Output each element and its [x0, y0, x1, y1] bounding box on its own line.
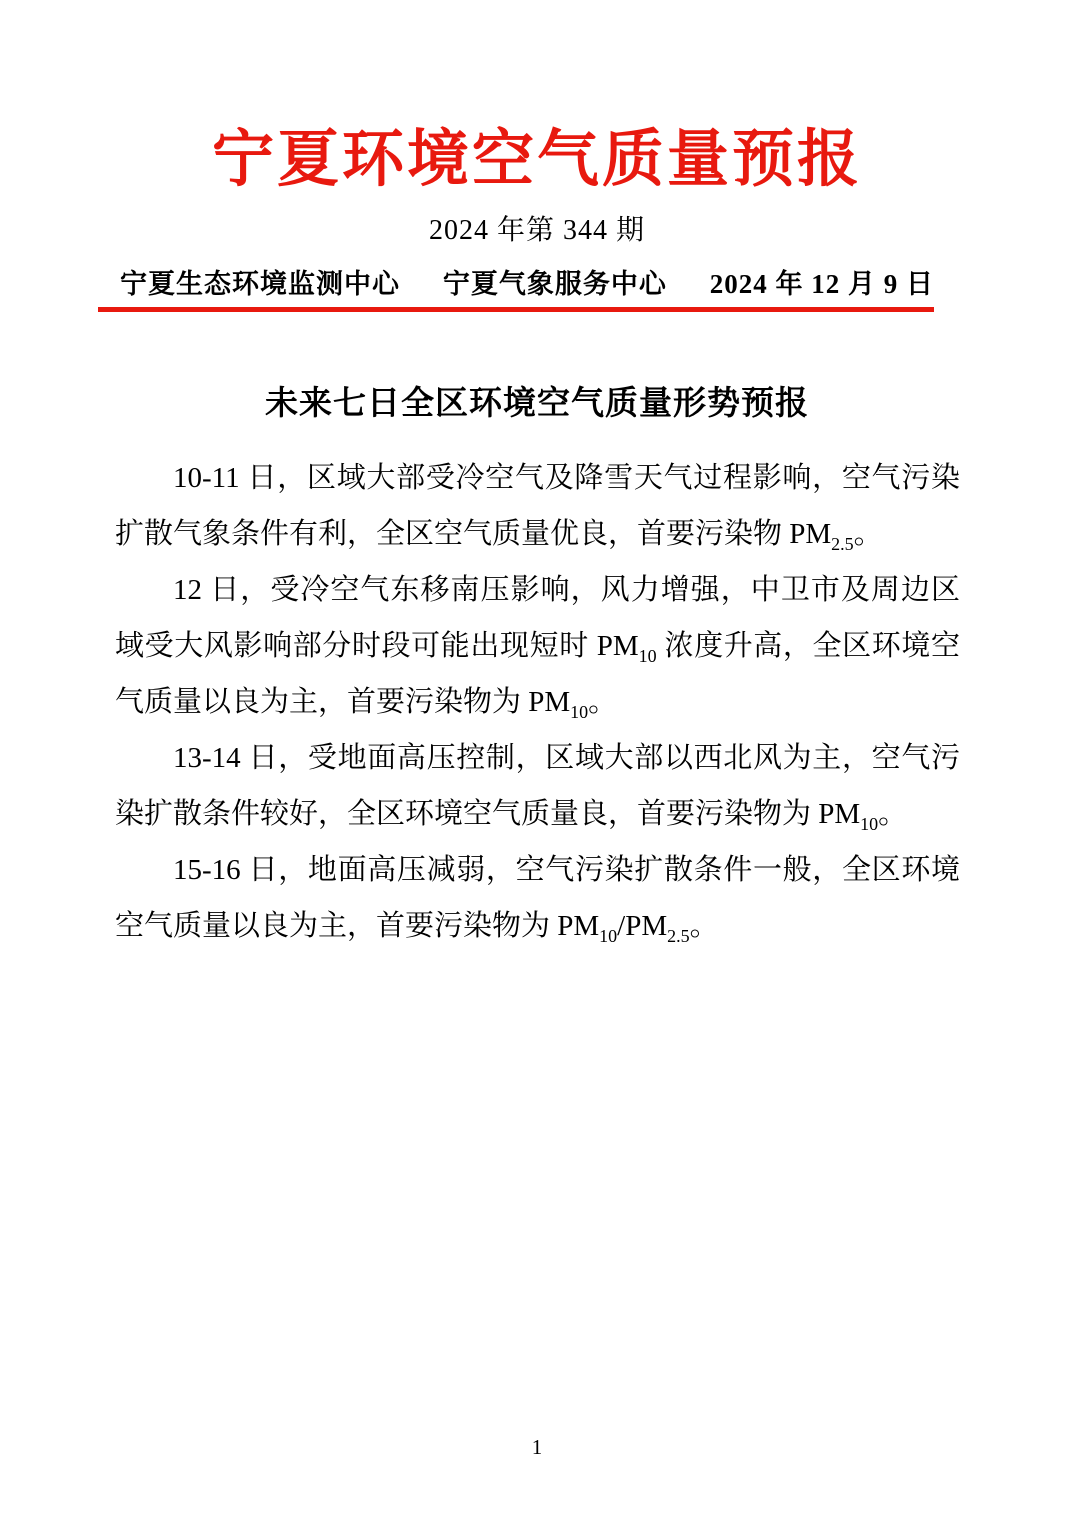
forecast-body: 10-11 日，区域大部受冷空气及降雪天气过程影响，空气污染扩散气象条件有利，全… [115, 450, 960, 954]
org-monitoring-center: 宁夏生态环境监测中心 [120, 269, 400, 300]
document-title: 宁夏环境空气质量预报 [0, 126, 1074, 194]
paragraph-day-12: 12 日，受冷空气东移南压影响，风力增强，中卫市及周边区域受大风影响部分时段可能… [115, 562, 960, 730]
masthead: 宁夏生态环境监测中心 宁夏气象服务中心 2024 年 12 月 9 日 [98, 269, 934, 300]
red-divider-rule [98, 307, 934, 312]
page-number: 1 [0, 1437, 1074, 1458]
section-title: 未来七日全区环境空气质量形势预报 [0, 386, 1074, 422]
paragraph-day-15-16: 15-16 日，地面高压减弱，空气污染扩散条件一般，全区环境空气质量以良为主，首… [115, 842, 960, 954]
paragraph-day-10-11: 10-11 日，区域大部受冷空气及降雪天气过程影响，空气污染扩散气象条件有利，全… [115, 450, 960, 562]
document-page: 宁夏环境空气质量预报 2024 年第 344 期 宁夏生态环境监测中心 宁夏气象… [0, 0, 1074, 1520]
masthead-block: 宁夏生态环境监测中心 宁夏气象服务中心 2024 年 12 月 9 日 [98, 269, 934, 312]
org-weather-service-center: 宁夏气象服务中心 [443, 269, 667, 300]
paragraph-day-13-14: 13-14 日，受地面高压控制，区域大部以西北风为主，空气污染扩散条件较好，全区… [115, 730, 960, 842]
issue-number: 2024 年第 344 期 [0, 216, 1074, 247]
issue-date: 2024 年 12 月 9 日 [710, 269, 934, 300]
